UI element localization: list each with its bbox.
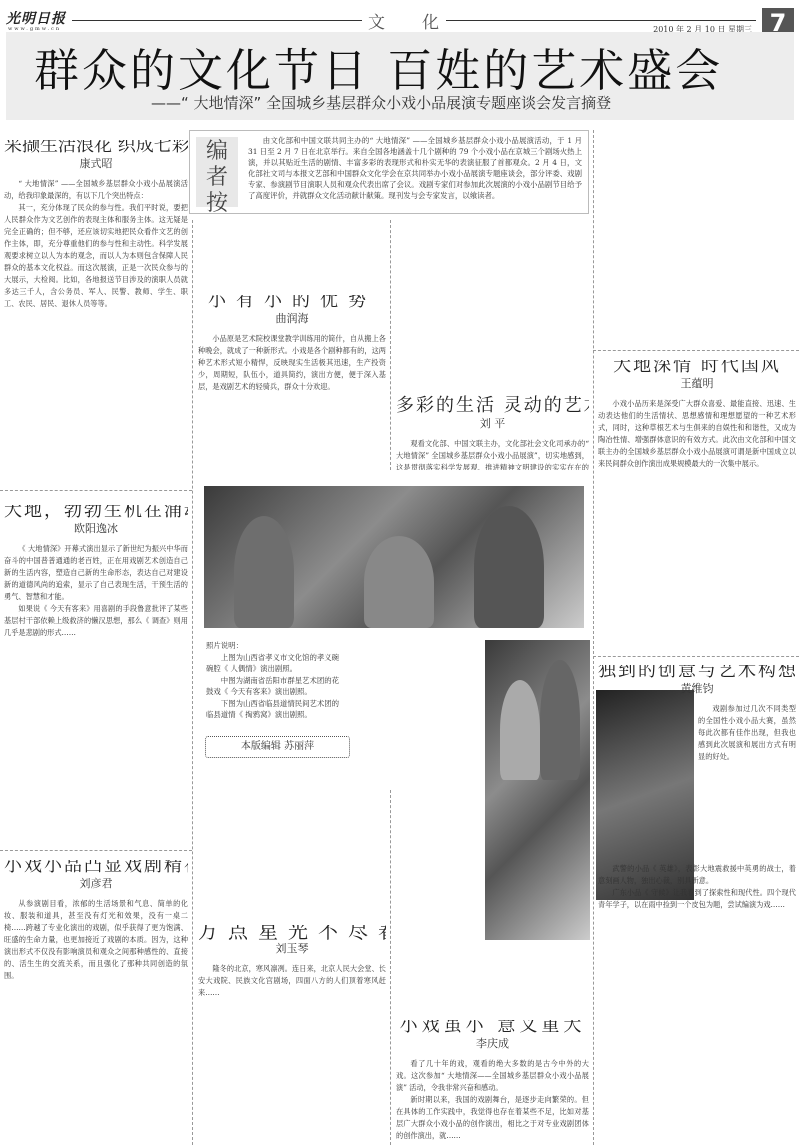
- article-paragraph: 小戏小品历来是深受广大群众喜爱、最能直接、迅速、生动表达他们的生活情状、思想感情…: [598, 398, 796, 470]
- article-author: 刘彦君: [4, 878, 188, 890]
- article-paragraph: 武警的小品《 英雄》，表彰大地震救援中英勇的战士，着意刻画人物，独出心裁，别具新…: [598, 863, 796, 887]
- page-banner: 群众的文化节日 百姓的艺术盛会 ——“ 大地情深” 全国城乡基层群众小戏小品展演…: [6, 32, 794, 120]
- article-paragraph: 隆冬的北京，寒风凛冽。连日来，北京人民大会堂、长安大戏院、民族文化宫剧场，四面八…: [198, 963, 386, 999]
- article-8: 小戏虽小 意义重大 李庆成 看了几十年的戏，观看的绝大多数的是古今中外的大戏。这…: [396, 1020, 589, 1145]
- article-paragraph: 戏剧参加过几次不同类型的全国性小戏小品大赛，虽然每此次都有佳作出现，但我也感到此…: [698, 703, 796, 763]
- article-9: 独到的创意与艺术构想 黄维钧 戏剧参加过几次不同类型的全国性小戏小品大赛，虽然每…: [598, 665, 796, 1145]
- editor-note: 编者按 由文化部和中国文联共同主办的“ 大地情深” ——全国城乡基层群众小戏小品…: [189, 130, 589, 214]
- article-2: 大地，勃勃生机在涌动 欧阳逸冰 《 大地情深》开幕式演出显示了新世纪为振兴中华而…: [4, 505, 188, 845]
- article-paragraph: 看了几十年的戏，观看的绝大多数的是古今中外的大戏。这次参加“ 大地情深——全国城…: [396, 1058, 589, 1094]
- column-divider: [390, 790, 391, 1145]
- column-divider: [192, 220, 193, 1145]
- caption-line: 中图为湖南省岳阳市群星艺术团的花鼓戏《 今天有客来》演出剧照。: [206, 675, 346, 698]
- article-3: 小有小的优势 曲润海 小品原是艺术院校课堂教学训练用的简什，自从搬上各种晚会，就…: [198, 295, 386, 465]
- editor-note-label: 编者按: [196, 137, 238, 207]
- article-paragraph: 其一，充分体现了民众的参与性。我们平时说，要把人民群众作为文艺创作的表现主体和服…: [4, 202, 188, 310]
- article-title: 小戏小品凸显戏剧精神: [4, 860, 188, 872]
- article-title: 小有小的优势: [198, 295, 386, 307]
- caption-heading: 照片说明：: [206, 640, 346, 652]
- article-title: 大地深情 时代国风: [598, 360, 796, 372]
- article-title: 多彩的生活 灵动的艺术: [396, 400, 589, 412]
- article-4: 多彩的生活 灵动的艺术 刘 平 观看文化部、中国文联主办，文化部社会文化司承办的…: [396, 220, 589, 470]
- article-paragraph: 新时期以来，我国的戏剧舞台，是逐步走向繁荣的。但在具体的工作实践中，我觉得也存在…: [396, 1094, 589, 1142]
- row-divider: [0, 490, 192, 491]
- page-subtitle: ——“ 大地情深” 全国城乡基层群众小戏小品展演专题座谈会发言摘登: [151, 92, 611, 113]
- row-divider: [593, 350, 799, 351]
- masthead-rule: [72, 20, 362, 21]
- editor-note-text: 由文化部和中国文联共同主办的“ 大地情深” ——全国城乡基层群众小戏小品展演活动…: [248, 135, 582, 201]
- article-paragraph: 从参演剧目看，浓郁的生活场景和气息、简单的化妆、服装和道具，甚至没有灯光和效果，…: [4, 898, 188, 982]
- article-author: 康式昭: [4, 158, 188, 170]
- article-author: 刘玉琴: [198, 943, 386, 955]
- article-title: 采撷生活浪花 织成七彩锦绣: [4, 140, 188, 152]
- article-title: 独到的创意与艺术构想: [598, 665, 796, 677]
- article-author: 欧阳逸冰: [4, 523, 188, 535]
- article-author: 王蕴明: [598, 378, 796, 390]
- article-title: 大地，勃勃生机在涌动: [4, 505, 188, 517]
- article-6: 小戏小品凸显戏剧精神 刘彦君 从参演剧目看，浓郁的生活场景和气息、简单的化妆、服…: [4, 860, 188, 1145]
- article-author: 刘 平: [396, 418, 589, 430]
- article-paragraph: “ 大地情深” ——全国城乡基层群众小戏小品展演活动，给我印象最深的，有以下几个…: [4, 178, 188, 202]
- article-paragraph: 《 大地情深》开幕式演出显示了新世纪为振兴中华而奋斗的中国普普通通的老百姓，正在…: [4, 543, 188, 603]
- section-label-left: 文: [368, 8, 385, 33]
- article-paragraph: 观看文化部、中国文联主办，文化部社会文化司承办的“ 大地情深” 全国城乡基层群众…: [396, 438, 589, 470]
- section-label-right: 化: [422, 8, 439, 33]
- article-paragraph: 如果说《 今天有客来》用喜剧的手段鲁意批评了某些基层村干部依赖上级救济的懒汉思想…: [4, 603, 188, 639]
- article-author: 曲润海: [198, 313, 386, 325]
- photo-caption: 照片说明： 上图为山西省孝义市文化馆的孝义碗碗腔《 人偶情》演出剧照。 中图为湖…: [206, 640, 346, 721]
- article-title: 小戏虽小 意义重大: [396, 1020, 589, 1032]
- article-7: 万点星光不尽春 刘玉琴 隆冬的北京，寒风凛冽。连日来，北京人民大会堂、长安大戏院…: [198, 925, 386, 1145]
- article-author: 黄维钧: [598, 683, 796, 695]
- article-author: 李庆成: [396, 1038, 589, 1050]
- stage-photo-top: [204, 486, 584, 628]
- masthead-rule: [446, 20, 756, 21]
- row-divider: [0, 850, 192, 851]
- newspaper-logo: 光明日报: [6, 8, 66, 28]
- caption-line: 上图为山西省孝义市文化馆的孝义碗碗腔《 人偶情》演出剧照。: [206, 652, 346, 675]
- row-divider: [593, 656, 799, 657]
- article-paragraph: 广东小品《 守候》让我看到了探索性和现代性。四个现代青年学子，以在雨中捡到一个皮…: [598, 887, 796, 911]
- article-1: 采撷生活浪花 织成七彩锦绣 康式昭 “ 大地情深” ——全国城乡基层群众小戏小品…: [4, 140, 188, 485]
- page-title: 群众的文化节日 百姓的艺术盛会: [34, 34, 723, 99]
- column-divider: [390, 220, 391, 470]
- masthead: 光明日报 www.gmw.cn 文 化 2010 年 2 月 10 日 星期三 …: [6, 8, 794, 32]
- caption-line: 下图为山西省临县道情民间艺术团的临县道情《 掏鸦窝》演出剧照。: [206, 698, 346, 721]
- page-editor-credit: 本版编辑 苏丽萍: [205, 736, 350, 758]
- column-divider: [593, 130, 594, 1145]
- article-5: 大地深情 时代国风 王蕴明 小戏小品历来是深受广大群众喜爱、最能直接、迅速、生动…: [598, 360, 796, 650]
- article-title: 万点星光不尽春: [198, 925, 386, 937]
- article-paragraph: 小品原是艺术院校课堂教学训练用的简什，自从搬上各种晚会，就成了一种新形式。小戏是…: [198, 333, 386, 393]
- stage-photo-middle: [485, 640, 590, 940]
